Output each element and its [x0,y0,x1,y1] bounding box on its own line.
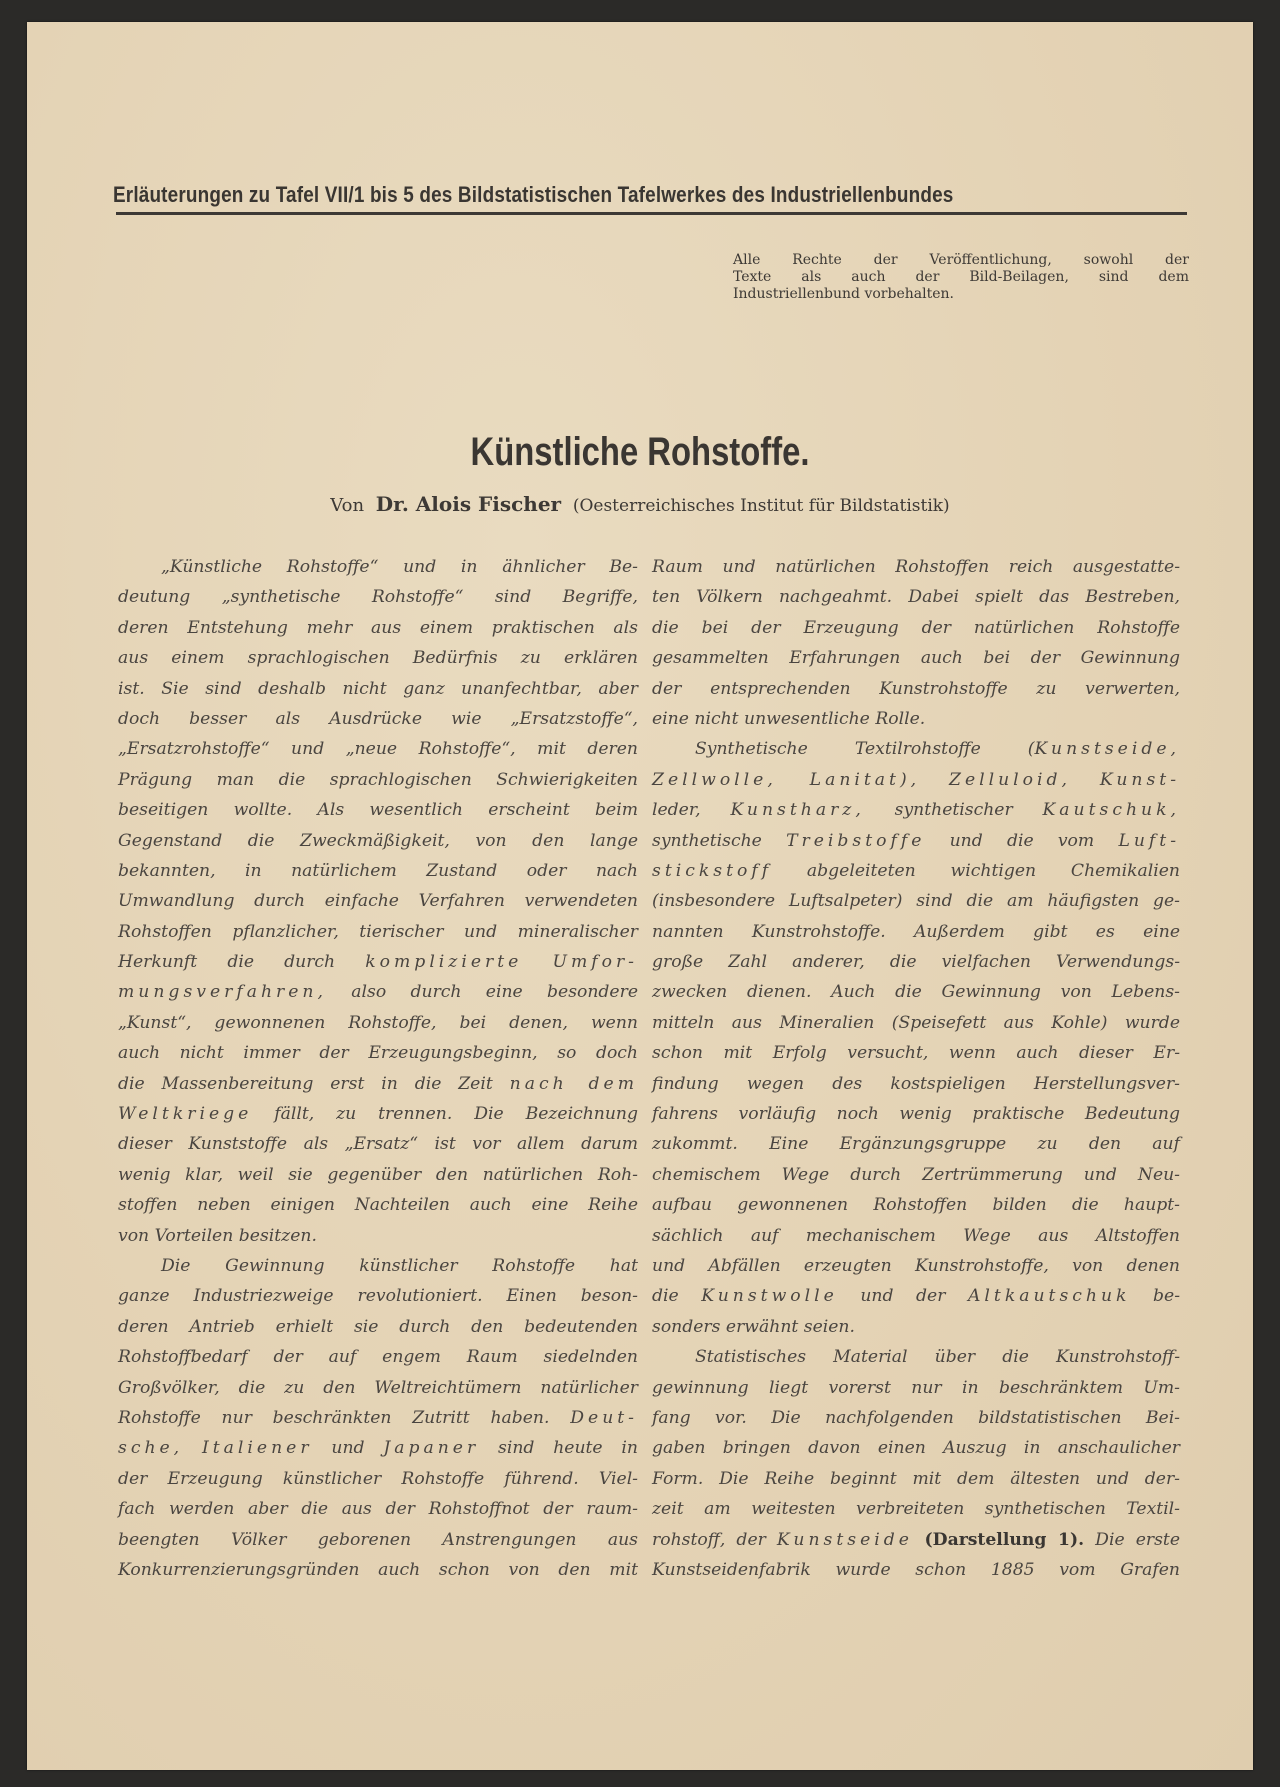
text-segment [522,952,552,972]
text-line: fahrens vorläufig noch wenig praktische … [652,1099,1180,1129]
spaced-emphasis: Altkautschuk [968,1286,1130,1306]
text-line: mitteln aus Mineralien (Speisefett aus K… [652,1008,1180,1038]
text-line: Die Gewinnung künstlicher Rohstoffe hat [118,1251,638,1281]
text-line: synthetische Treibstoffe und die vom Luf… [652,826,1180,856]
text-line: zeit am weitesten verbreiteten synthetis… [652,1494,1180,1524]
text-line: eine nicht unwesentliche Rolle. [652,704,1180,734]
spaced-emphasis: Umfor- [552,952,638,972]
text-line: stickstoff abgeleiteten wichtigen Chemik… [652,856,1180,886]
text-line: auch nicht immer der Erzeugungsbeginn, s… [118,1038,638,1068]
text-line: deren Entstehung mehr aus einem praktisc… [118,613,638,643]
spaced-emphasis: Kunst- [1100,770,1180,790]
text-segment: fällt, zu trennen. Die Bezeichnung [252,1104,638,1124]
text-line: „Ersatzrohstoffe“ und „neue Rohstoffe“, … [118,734,638,764]
text-line: Form. Die Reihe beginnt mit dem ältesten… [652,1464,1180,1494]
spaced-emphasis: mungsverfahren, [118,982,327,1002]
text-segment: und die vom [925,831,1118,851]
text-line: Rohstoffbedarf der auf engem Raum siedel… [118,1342,638,1372]
text-line: leder, Kunstharz, synthetischer Kautschu… [652,795,1180,825]
copyright-notice-line: Texte als auch der Bild-Beilagen, sind d… [733,269,1189,286]
copyright-notice-line: Industriellenbund vorbehalten. [733,286,1189,303]
spaced-emphasis: Kautschuk, [1042,800,1180,820]
text-line: Zellwolle, Lanitat), Zelluloid, Kunst- [652,765,1180,795]
text-segment [920,770,949,790]
text-segment: abgeleiteten wichtigen Chemikalien [772,861,1180,881]
byline-author: Dr. Alois Fischer [376,492,561,516]
text-line: „Kunst“, gewonnenen Rohstoffe, bei denen… [118,1008,638,1038]
spaced-emphasis: Kunstseide, [1035,739,1180,759]
text-line: „Künstliche Rohstoffe“ und in ähnlicher … [118,552,638,582]
spaced-emphasis: Zellwolle, Lanitat), [652,770,920,790]
text-segment: und [313,1438,384,1458]
spaced-emphasis: sche, [118,1438,183,1458]
text-line: die Kunstwolle und der Altkautschuk be- [652,1281,1180,1311]
left-text-column: „Künstliche Rohstoffe“ und in ähnlicher … [118,552,638,1585]
spaced-emphasis: Deut- [570,1408,638,1428]
text-segment: synthetische [652,831,786,851]
text-line: ganze Industriezweige revolutioniert. Ei… [118,1281,638,1311]
text-line: Konkurrenzierungsgründen auch schon von … [118,1555,638,1585]
text-line: fang vor. Die nachfolgenden bildstatisti… [652,1403,1180,1433]
text-line: aufbau gewonnenen Rohstoffen bilden die … [652,1190,1180,1220]
spaced-emphasis: Treibstoffe [786,831,925,851]
text-line: Rohstoffe nur beschränkten Zutritt haben… [118,1403,638,1433]
spaced-emphasis: Kunstseide [777,1530,913,1550]
text-line: Weltkriege fällt, zu trennen. Die Bezeic… [118,1099,638,1129]
text-segment: leder, [652,800,730,820]
spaced-emphasis: komplizierte [365,952,522,972]
spaced-emphasis: Italiener [202,1438,313,1458]
spaced-emphasis: Weltkriege [118,1104,252,1124]
article-byline: Von Dr. Alois Fischer (Oesterreichisches… [27,492,1253,516]
text-line: zwecken dienen. Auch die Gewinnung von L… [652,977,1180,1007]
text-line: nannten Kunstrohstoffe. Außerdem gibt es… [652,917,1180,947]
text-line: gaben bringen davon einen Auszug in ansc… [652,1433,1180,1463]
article-title: Künstliche Rohstoffe. [137,430,1142,475]
series-header-title: Erläuterungen zu Tafel VII/1 bis 5 des B… [113,182,1038,208]
text-line: doch besser als Ausdrücke wie „Ersatzsto… [118,704,638,734]
document-page: Erläuterungen zu Tafel VII/1 bis 5 des B… [27,22,1253,1770]
text-line: gesammelten Erfahrungen auch bei der Gew… [652,643,1180,673]
text-segment [1071,770,1100,790]
text-line: der entsprechenden Kunstrohstoffe zu ver… [652,674,1180,704]
spaced-emphasis: Japaner [383,1438,479,1458]
text-segment: und der [838,1286,968,1306]
byline-prefix: Von [330,495,364,516]
spaced-emphasis: Kunstharz, [730,800,864,820]
text-line: Statistisches Material über die Kunstroh… [652,1342,1180,1372]
text-line: findung wegen des kostspieligen Herstell… [652,1069,1180,1099]
text-segment: rohstoff, der [652,1530,777,1550]
spaced-emphasis: stickstoff [652,861,772,881]
header-underline-rule [116,212,1187,215]
text-line: rohstoff, der Kunstseide (Darstellung 1)… [652,1525,1180,1555]
text-line: die bei der Erzeugung der natürlichen Ro… [652,613,1180,643]
text-line: Rohstoffen pflanzlicher, tierischer und … [118,917,638,947]
text-line: dieser Kunststoffe als „Ersatz“ ist vor … [118,1129,638,1159]
byline-institution: (Oesterreichisches Institut für Bildstat… [573,496,950,516]
text-line: aus einem sprachlogischen Bedürfnis zu e… [118,643,638,673]
text-line: sonders erwähnt seien. [652,1312,1180,1342]
text-line: chemischem Wege durch Zertrümmerung und … [652,1160,1180,1190]
text-line: von Vorteilen besitzen. [118,1221,638,1251]
text-line: Großvölker, die zu den Weltreichtümern n… [118,1373,638,1403]
spaced-emphasis: Kunstwolle [701,1286,838,1306]
right-text-column: Raum und natürlichen Rohstoffen reich au… [652,552,1180,1585]
text-line: und Abfällen erzeugten Kunstrohstoffe, v… [652,1251,1180,1281]
text-line: Umwandlung durch einfache Verfahren verw… [118,886,638,916]
text-line: beengten Völker geborenen Anstrengungen … [118,1525,638,1555]
text-line: bekannten, in natürlichem Zustand oder n… [118,856,638,886]
spaced-emphasis: nach dem [510,1074,638,1094]
text-segment: sind heute in [479,1438,638,1458]
spaced-emphasis: Luft- [1118,831,1180,851]
copyright-notice-line: Alle Rechte der Veröffentlichung, sowohl… [733,252,1189,269]
text-segment: Rohstoffe nur beschränkten Zutritt haben… [118,1408,570,1428]
text-line: große Zahl anderer, die vielfachen Verwe… [652,947,1180,977]
text-line: ist. Sie sind deshalb nicht ganz unanfec… [118,674,638,704]
text-segment: Herkunft die durch [118,952,365,972]
text-segment: Synthetische Textilrohstoffe ( [695,739,1035,759]
text-line: der Erzeugung künstlicher Rohstoffe führ… [118,1464,638,1494]
text-line: sche, Italiener und Japaner sind heute i… [118,1433,638,1463]
spaced-emphasis: Zelluloid, [949,770,1071,790]
text-line: mungsverfahren, also durch eine besonder… [118,977,638,1007]
text-line: Gegenstand die Zweckmäßigkeit, von den l… [118,826,638,856]
text-line: (insbesondere Luftsalpeter) sind die am … [652,886,1180,916]
text-line: deren Antrieb erhielt sie durch den bede… [118,1312,638,1342]
text-line: zukommt. Eine Ergänzungsgruppe zu den au… [652,1129,1180,1159]
text-segment: be- [1130,1286,1180,1306]
text-line: fach werden aber die aus der Rohstoffnot… [118,1494,638,1524]
text-line: Kunstseidenfabrik wurde schon 1885 vom G… [652,1555,1180,1585]
text-line: wenig klar, weil sie gegenüber den natür… [118,1160,638,1190]
text-line: Synthetische Textilrohstoffe (Kunstseide… [652,734,1180,764]
text-line: schon mit Erfolg versucht, wenn auch die… [652,1038,1180,1068]
text-segment: Die erste [1084,1530,1180,1550]
text-line: gewinnung liegt vorerst nur in beschränk… [652,1373,1180,1403]
figure-reference: (Darstellung 1). [913,1530,1084,1550]
text-line: ten Völkern nachgeahmt. Dabei spielt das… [652,582,1180,612]
text-line: sächlich auf mechanischem Wege aus Altst… [652,1221,1180,1251]
text-segment: die Massenbereitung erst in die Zeit [118,1074,510,1094]
text-line: deutung „synthetische Rohstoffe“ sind Be… [118,582,638,612]
text-line: Raum und natürlichen Rohstoffen reich au… [652,552,1180,582]
text-line: beseitigen wollte. Als wesentlich ersche… [118,795,638,825]
text-line: Herkunft die durch komplizierte Umfor- [118,947,638,977]
text-segment: also durch eine besondere [327,982,638,1002]
text-line: Prägung man die sprachlogischen Schwieri… [118,765,638,795]
text-line: stoffen neben einigen Nachteilen auch ei… [118,1190,638,1220]
copyright-notice: Alle Rechte der Veröffentlichung, sowohl… [733,252,1189,303]
text-segment: die [652,1286,701,1306]
text-line: die Massenbereitung erst in die Zeit nac… [118,1069,638,1099]
text-segment: synthetischer [865,800,1043,820]
